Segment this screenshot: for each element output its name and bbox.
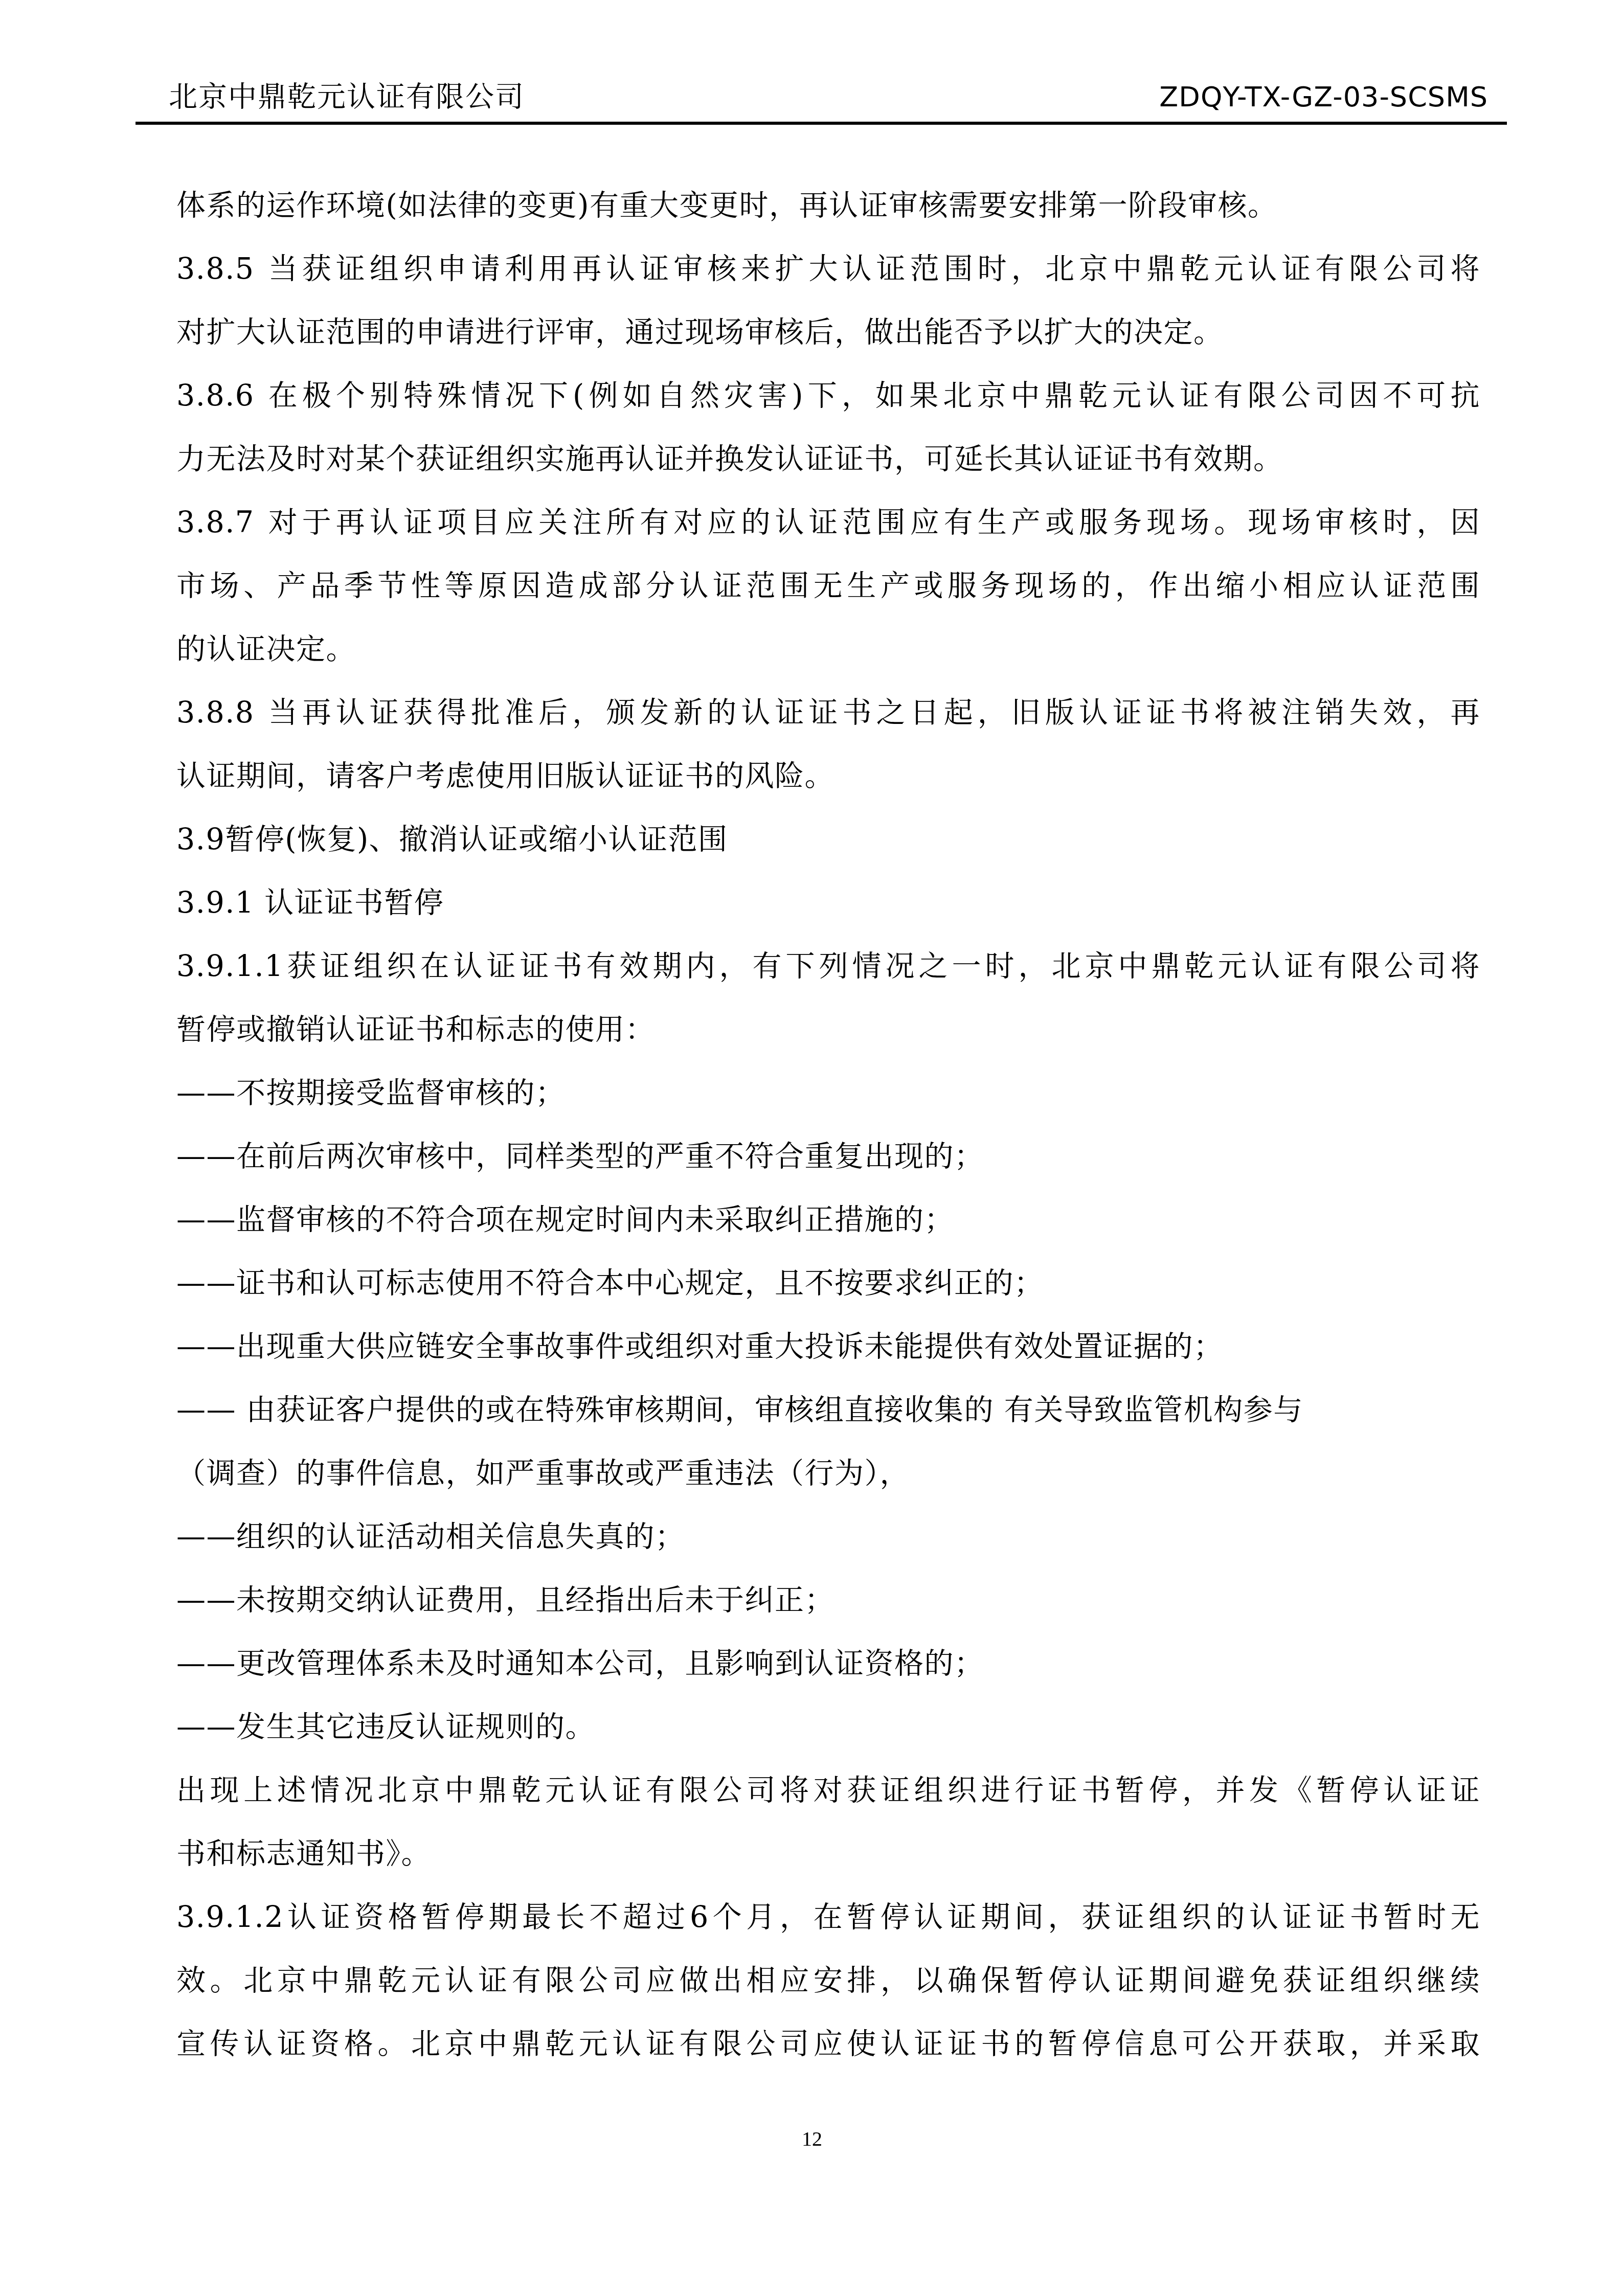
company-name: 北京中鼎乾元认证有限公司 [169, 77, 525, 118]
text-line: 出现上述情况北京中鼎乾元认证有限公司将对获证组织进行证书暂停，并发《暂停认证证 [176, 1759, 1480, 1822]
list-item: ——更改管理体系未及时通知本公司，且影响到认证资格的； [176, 1632, 1480, 1695]
page-number: 12 [0, 2127, 1624, 2151]
document-body: 体系的运作环境(如法律的变更)有重大变更时，再认证审核需要安排第一阶段审核。 3… [176, 174, 1480, 2076]
text-line: 3.8.5 当获证组织申请利用再认证审核来扩大认证范围时，北京中鼎乾元认证有限公… [176, 237, 1480, 301]
text-line: 的认证决定。 [176, 618, 1480, 681]
list-item: ——发生其它违反认证规则的。 [176, 1695, 1480, 1759]
document-number: ZDQY-TX-GZ-03-SCSMS [1159, 77, 1488, 118]
text-line: 认证期间，请客户考虑使用旧版认证证书的风险。 [176, 744, 1480, 808]
subsection-heading: 3.9.1 认证证书暂停 [176, 871, 1480, 935]
text-line: 暂停或撤销认证证书和标志的使用： [176, 998, 1480, 1061]
text-line: 效。北京中鼎乾元认证有限公司应做出相应安排，以确保暂停认证期间避免获证组织继续 [176, 1949, 1480, 2012]
text-line: 3.8.6 在极个别特殊情况下(例如自然灾害)下，如果北京中鼎乾元认证有限公司因… [176, 364, 1480, 427]
list-item: —— 由获证客户提供的或在特殊审核期间，审核组直接收集的 有关导致监管机构参与 [176, 1378, 1480, 1442]
list-item: ——未按期交纳认证费用，且经指出后未于纠正； [176, 1568, 1480, 1632]
text-line: 宣传认证资格。北京中鼎乾元认证有限公司应使认证证书的暂停信息可公开获取，并采取 [176, 2012, 1480, 2076]
list-item: ——在前后两次审核中，同样类型的严重不符合重复出现的； [176, 1125, 1480, 1188]
list-item: ——不按期接受监督审核的； [176, 1061, 1480, 1125]
page-header: 北京中鼎乾元认证有限公司 ZDQY-TX-GZ-03-SCSMS [169, 77, 1488, 118]
list-item: ——监督审核的不符合项在规定时间内未采取纠正措施的； [176, 1188, 1480, 1252]
list-item: ——组织的认证活动相关信息失真的； [176, 1505, 1480, 1568]
list-item: ——出现重大供应链安全事故事件或组织对重大投诉未能提供有效处置证据的； [176, 1315, 1480, 1378]
text-line: 对扩大认证范围的申请进行评审，通过现场审核后，做出能否予以扩大的决定。 [176, 301, 1480, 364]
text-line: 市场、产品季节性等原因造成部分认证范围无生产或服务现场的，作出缩小相应认证范围 [176, 554, 1480, 618]
text-line: 3.8.8 当再认证获得批准后，颁发新的认证证书之日起，旧版认证证书将被注销失效… [176, 681, 1480, 744]
text-line: 书和标志通知书》。 [176, 1822, 1480, 1885]
text-line: 体系的运作环境(如法律的变更)有重大变更时，再认证审核需要安排第一阶段审核。 [176, 174, 1480, 237]
section-heading: 3.9暂停(恢复)、撤消认证或缩小认证范围 [176, 808, 1480, 871]
text-line: 力无法及时对某个获证组织实施再认证并换发认证证书，可延长其认证证书有效期。 [176, 427, 1480, 491]
text-line: 3.9.1.1获证组织在认证证书有效期内，有下列情况之一时，北京中鼎乾元认证有限… [176, 935, 1480, 998]
header-rule [136, 122, 1507, 125]
list-item-continuation: （调查）的事件信息，如严重事故或严重违法（行为）， [176, 1442, 1480, 1505]
text-line: 3.9.1.2认证资格暂停期最长不超过6个月，在暂停认证期间，获证组织的认证证书… [176, 1885, 1480, 1949]
text-line: 3.8.7 对于再认证项目应关注所有对应的认证范围应有生产或服务现场。现场审核时… [176, 491, 1480, 554]
list-item: ——证书和认可标志使用不符合本中心规定，且不按要求纠正的； [176, 1252, 1480, 1315]
